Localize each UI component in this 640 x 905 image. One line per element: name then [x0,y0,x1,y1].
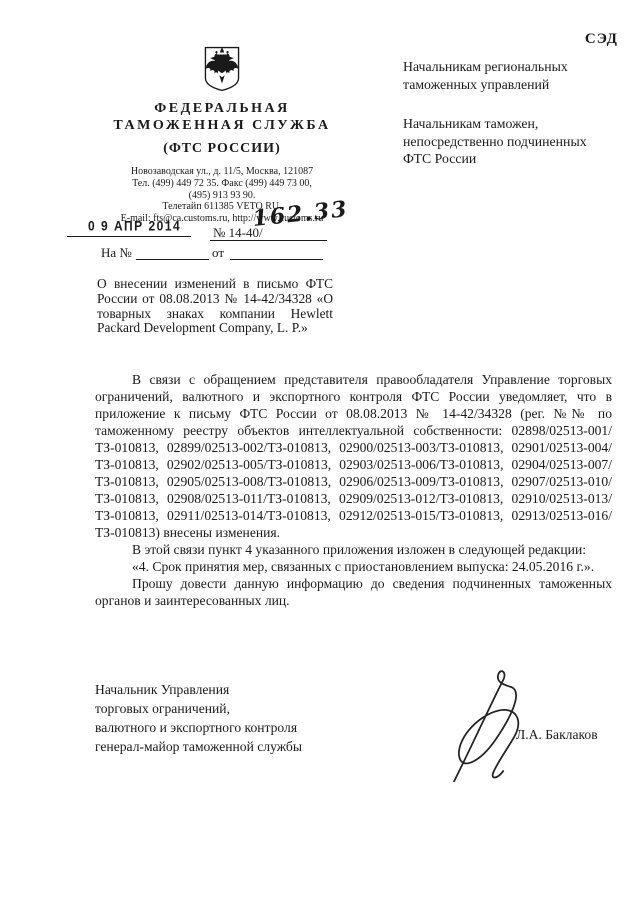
org-name-line2: ТАМОЖЕННАЯ СЛУЖБА [72,117,372,134]
coat-of-arms-icon [202,46,242,92]
body-paragraph: В этой связи пункт 4 указанного приложен… [95,541,612,558]
incoming-number-blank-line [136,259,209,260]
body-paragraph: Прошу довести данную информацию до сведе… [95,575,612,609]
subject-text: О внесении изменений в письмо ФТС России… [97,277,333,336]
incoming-number-label: На № [101,245,132,261]
signature-position-line: Начальник Управления [95,680,302,699]
body-paragraph: В связи с обращением представителя право… [95,371,612,541]
recipient: Начальникам региональных таможенных упра… [403,58,635,93]
incoming-date-label: от [212,245,224,261]
letter-body: В связи с обращением представителя право… [95,371,612,609]
signature-position-line: валютного и экспортного контроля [95,718,302,737]
incoming-date-blank-line [230,259,323,260]
signer-name: Л.А. Баклаков [516,727,598,743]
outgoing-number-blank-line [210,240,327,241]
address-line: Тел. (499) 449 72 35. Факс (499) 449 73 … [72,178,372,190]
handwritten-signature-icon [450,664,578,786]
sed-label: СЭД [585,31,618,48]
document-page: СЭД ФЕДЕРАЛЬНАЯ ТАМОЖЕННАЯ СЛУЖБА (ФТС Р… [0,0,640,905]
signature-position-line: торговых ограничений, [95,699,302,718]
org-name-line1: ФЕДЕРАЛЬНАЯ [72,100,372,117]
body-paragraph: «4. Срок принятия мер, связанных с приос… [95,558,612,575]
signature-position-line: генерал-майор таможенной службы [95,737,302,756]
recipient: Начальникам таможен, непосредственно под… [403,115,635,168]
recipients-block: Начальникам региональных таможенных упра… [403,58,635,168]
org-abbreviation: (ФТС РОССИИ) [72,140,372,157]
signature-position-block: Начальник Управления торговых ограничени… [95,680,302,756]
date-blank-line [67,236,191,237]
date-stamp: 0 9 АПР 2014 [88,218,181,234]
address-line: Новозаводская ул., д. 11/5, Москва, 1210… [72,166,372,178]
